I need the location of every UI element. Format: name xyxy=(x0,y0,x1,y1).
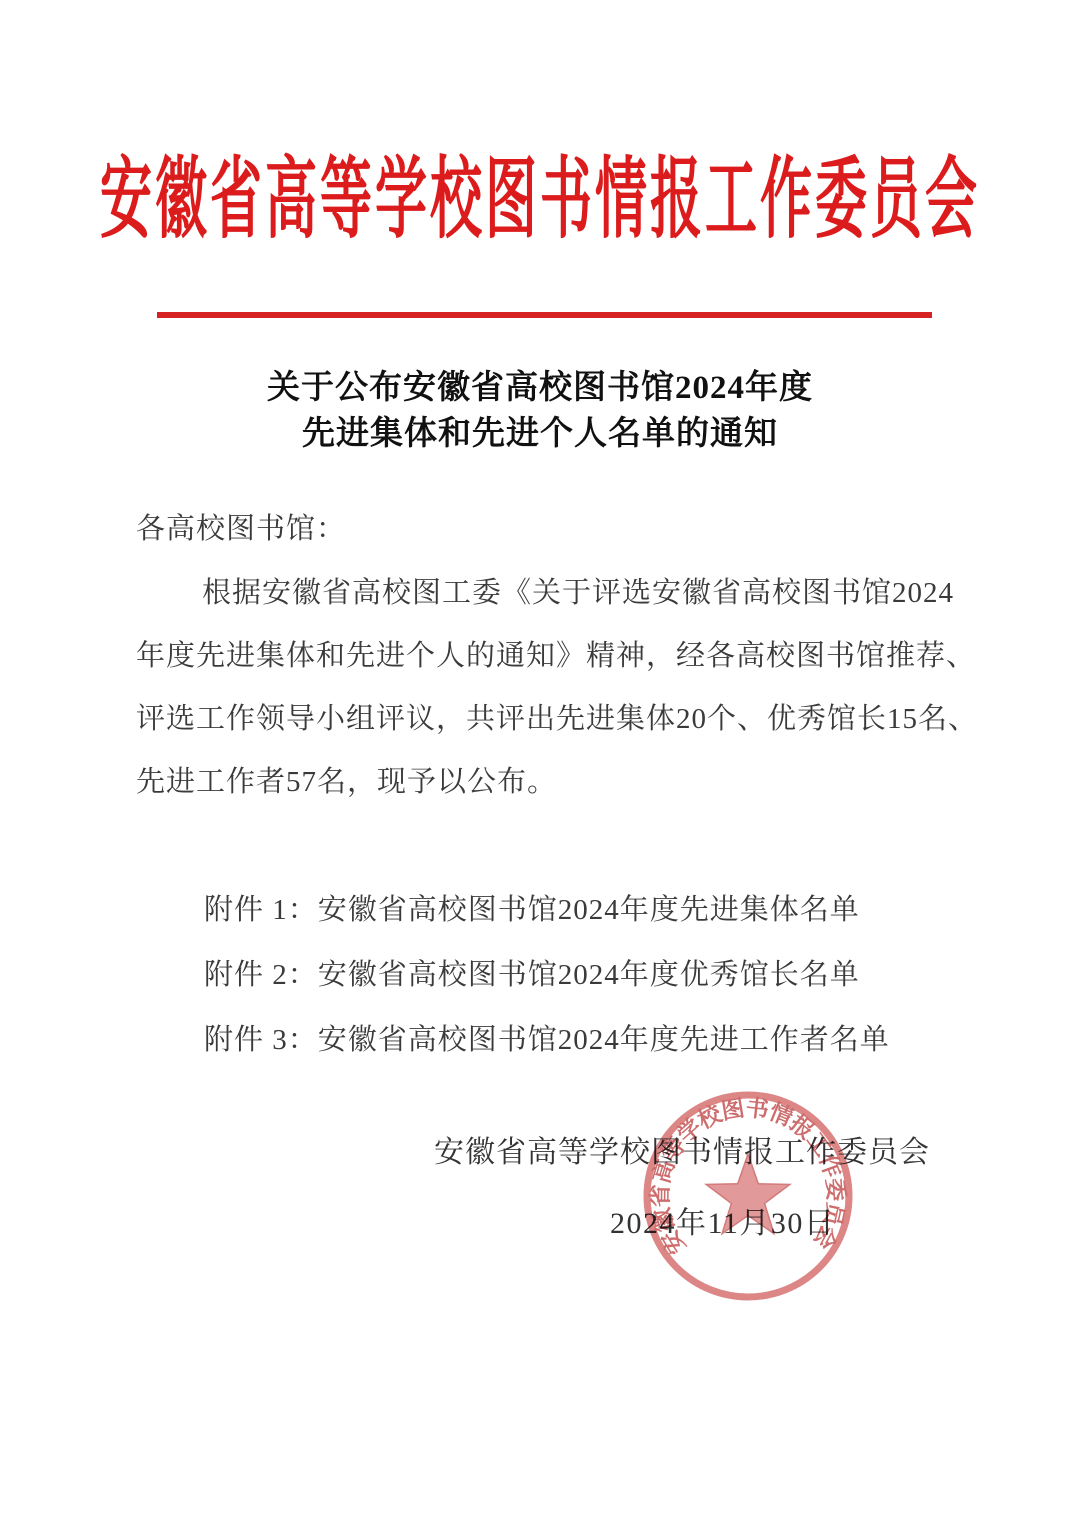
document-page: 安徽省高等学校图书情报工作委员会 关于公布安徽省高校图书馆2024年度 先进集体… xyxy=(0,0,1080,1526)
title-line-1: 关于公布安徽省高校图书馆2024年度 xyxy=(0,365,1080,411)
salutation: 各高校图书馆： xyxy=(136,513,346,545)
body-paragraph: 根据安徽省高校图工委《关于评选安徽省高校图书馆2024 年度先进集体和先进个人的… xyxy=(136,562,956,814)
official-seal: 安徽省高等学校图书情报工作委员会 xyxy=(642,1090,854,1302)
seal-ring xyxy=(647,1095,849,1297)
signature-org-name: 安徽省高等学校图书情报工作委员会 xyxy=(434,1136,930,1170)
signature-date: 2024年11月30日 xyxy=(610,1207,835,1241)
attachment-item-1: 附件 1：安徽省高校图书馆2024年度先进集体名单 xyxy=(204,878,890,943)
letterhead-org-name: 安徽省高等学校图书情报工作委员会 xyxy=(0,158,1080,246)
title-line-2: 先进集体和先进个人名单的通知 xyxy=(0,411,1080,457)
attachment-item-2: 附件 2：安徽省高校图书馆2024年度优秀馆长名单 xyxy=(204,943,890,1008)
body-line: 评选工作领导小组评议，共评出先进集体20个、优秀馆长15名、 xyxy=(136,688,956,751)
body-line: 年度先进集体和先进个人的通知》精神，经各高校图书馆推荐、 xyxy=(136,625,956,688)
document-title: 关于公布安徽省高校图书馆2024年度 先进集体和先进个人名单的通知 xyxy=(0,365,1080,457)
body-line: 先进工作者57名，现予以公布。 xyxy=(136,751,956,814)
attachment-list: 附件 1：安徽省高校图书馆2024年度先进集体名单 附件 2：安徽省高校图书馆2… xyxy=(204,878,890,1073)
attachment-item-3: 附件 3：安徽省高校图书馆2024年度先进工作者名单 xyxy=(204,1008,890,1073)
body-line: 根据安徽省高校图工委《关于评选安徽省高校图书馆2024 xyxy=(136,562,956,625)
letterhead-divider-rule xyxy=(157,312,932,318)
seal-graphic: 安徽省高等学校图书情报工作委员会 xyxy=(642,1090,854,1302)
